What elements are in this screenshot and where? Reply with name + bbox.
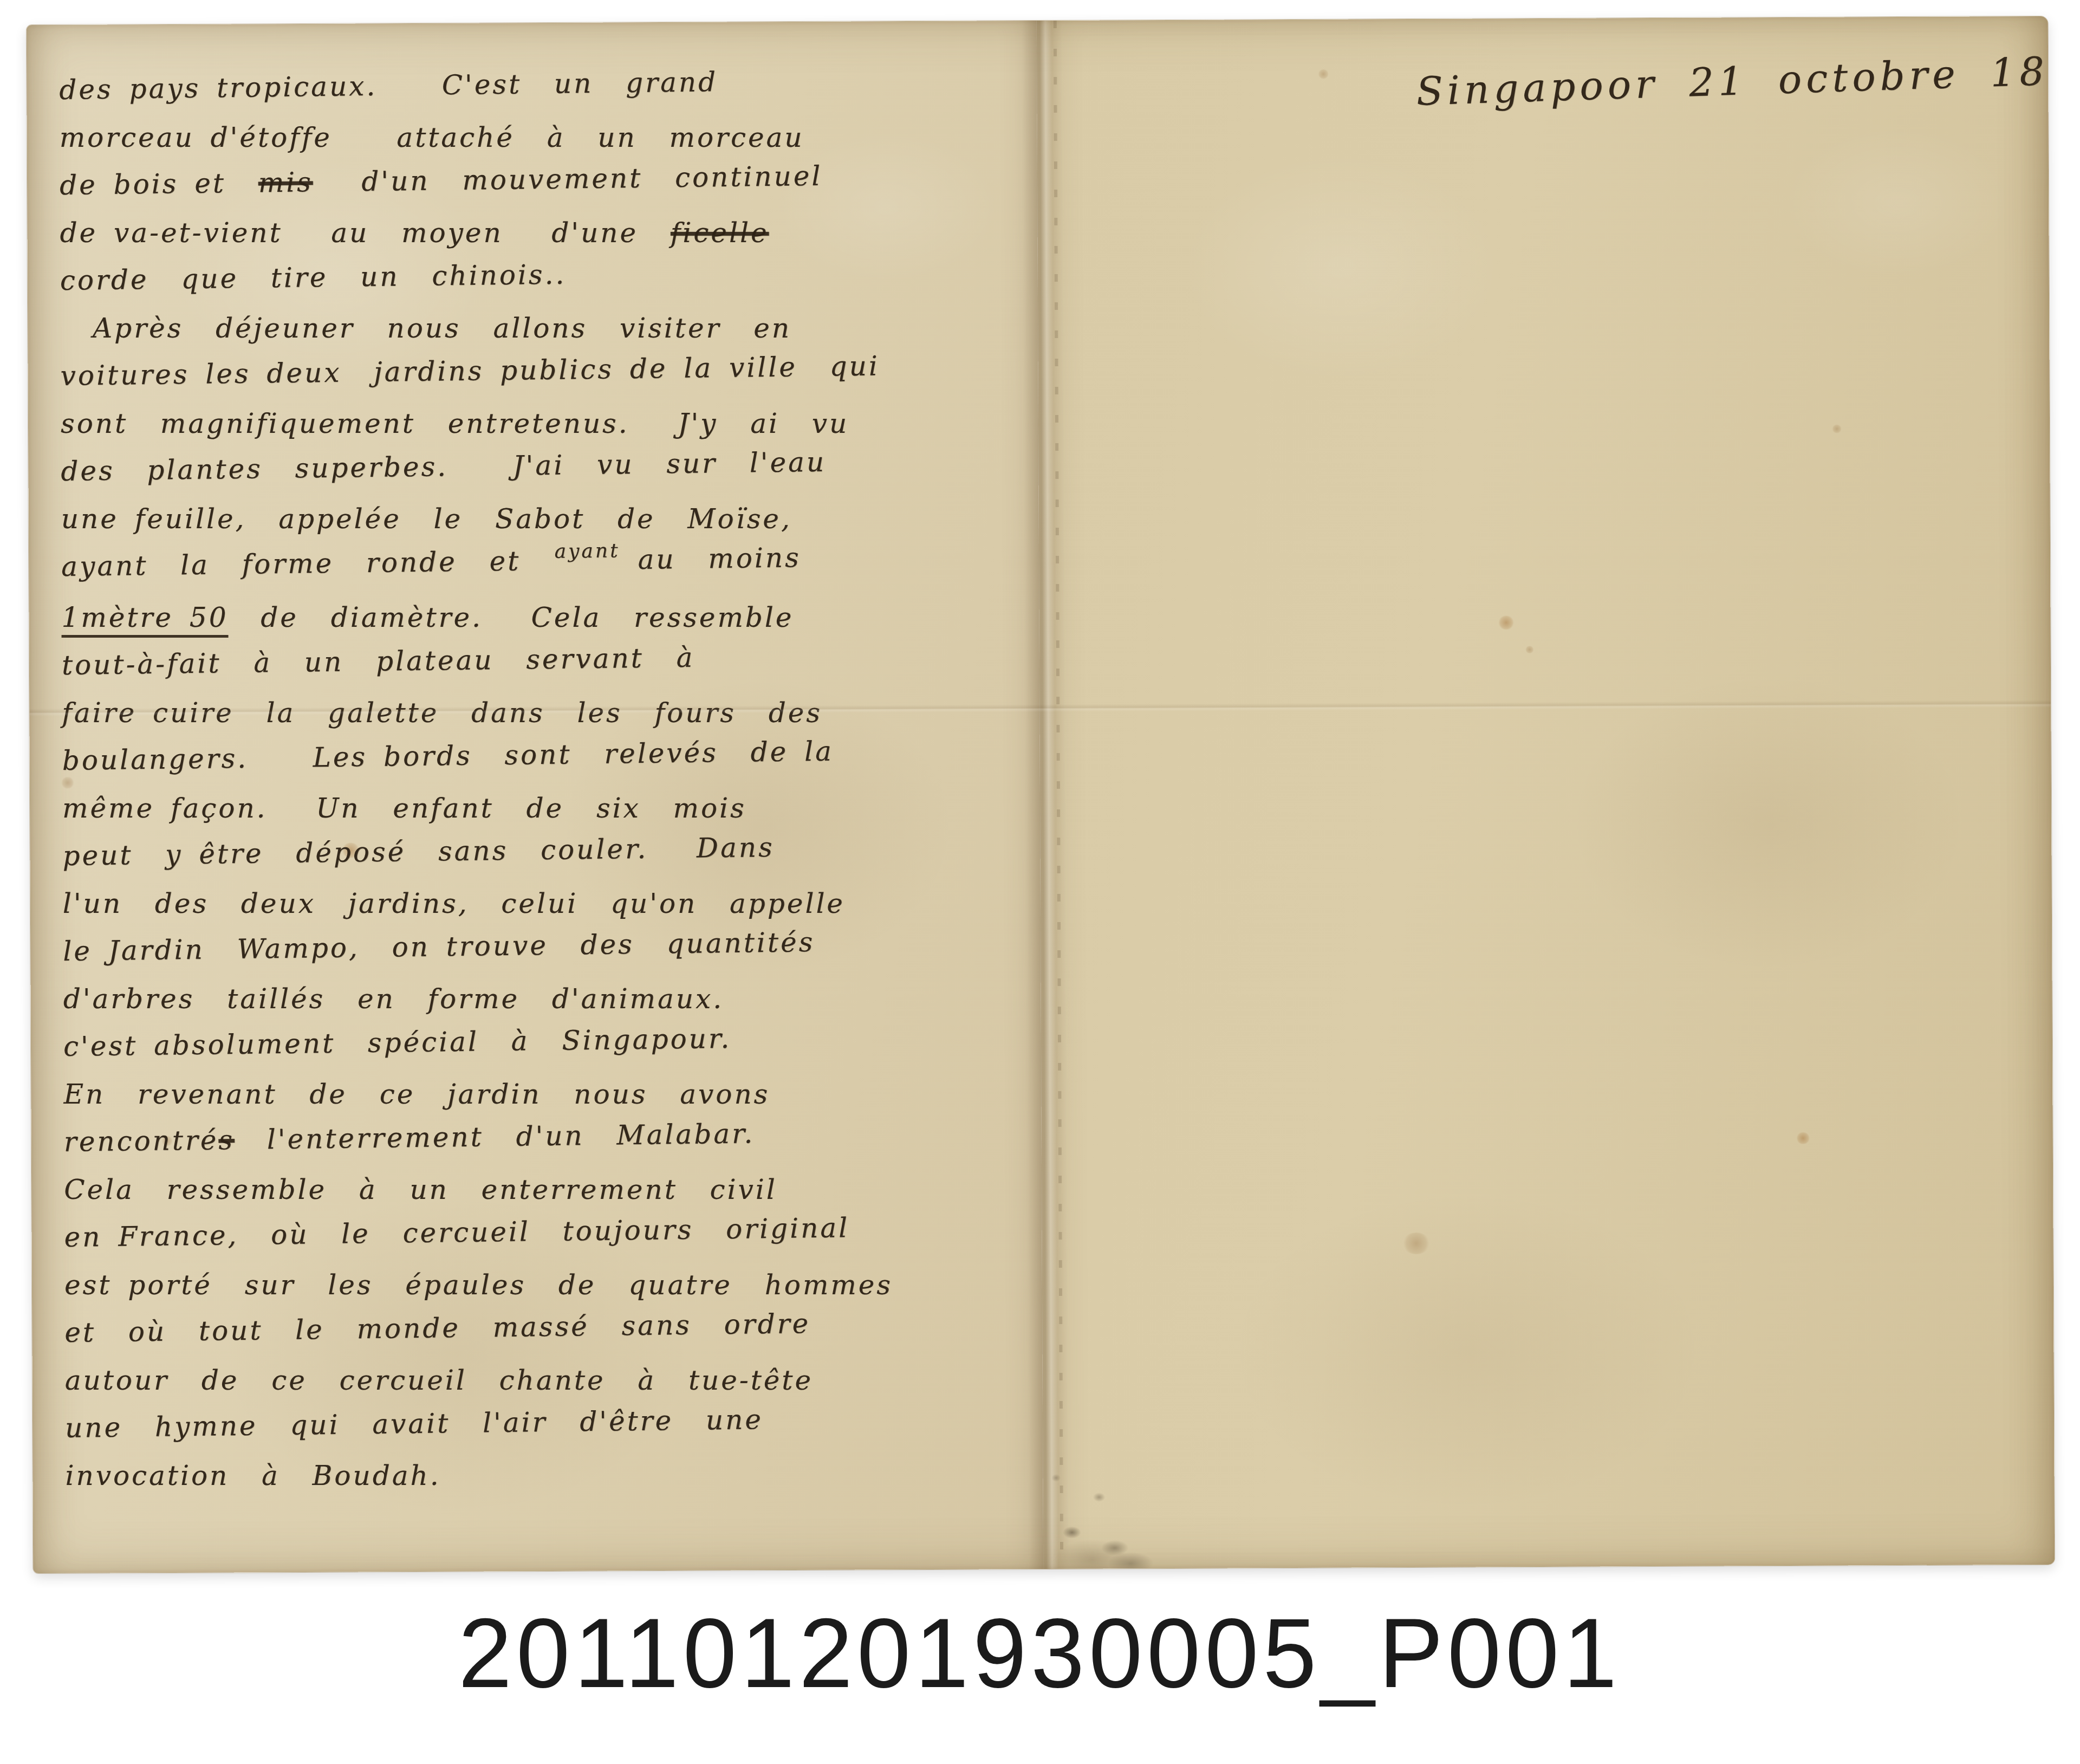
archive-id-label: 201101201930005_P001 (0, 1604, 2080, 1702)
scan-viewport: des pays tropicaux. C'est un grandmorcea… (0, 0, 2080, 1764)
handwritten-line: ayant la forme ronde et ayant au moins (61, 531, 1015, 593)
letter-page-left: des pays tropicaux. C'est un grandmorcea… (27, 21, 1043, 1573)
left-page-text: des pays tropicaux. C'est un grandmorcea… (59, 62, 1019, 1500)
archive-id-text: 201101201930005_P001 (458, 1604, 1621, 1702)
handwritten-line: des pays tropicaux. C'est un grand (59, 54, 1013, 113)
dateline: Singapoor 21 octobre 1884 (1415, 47, 2055, 114)
letter-page-right: Singapoor 21 octobre 1884 Continué à Sai… (1037, 16, 2055, 1569)
letter-scan: des pays tropicaux. C'est un grandmorcea… (27, 16, 2055, 1573)
handwritten-line: invocation à Boudah. (65, 1452, 1018, 1500)
